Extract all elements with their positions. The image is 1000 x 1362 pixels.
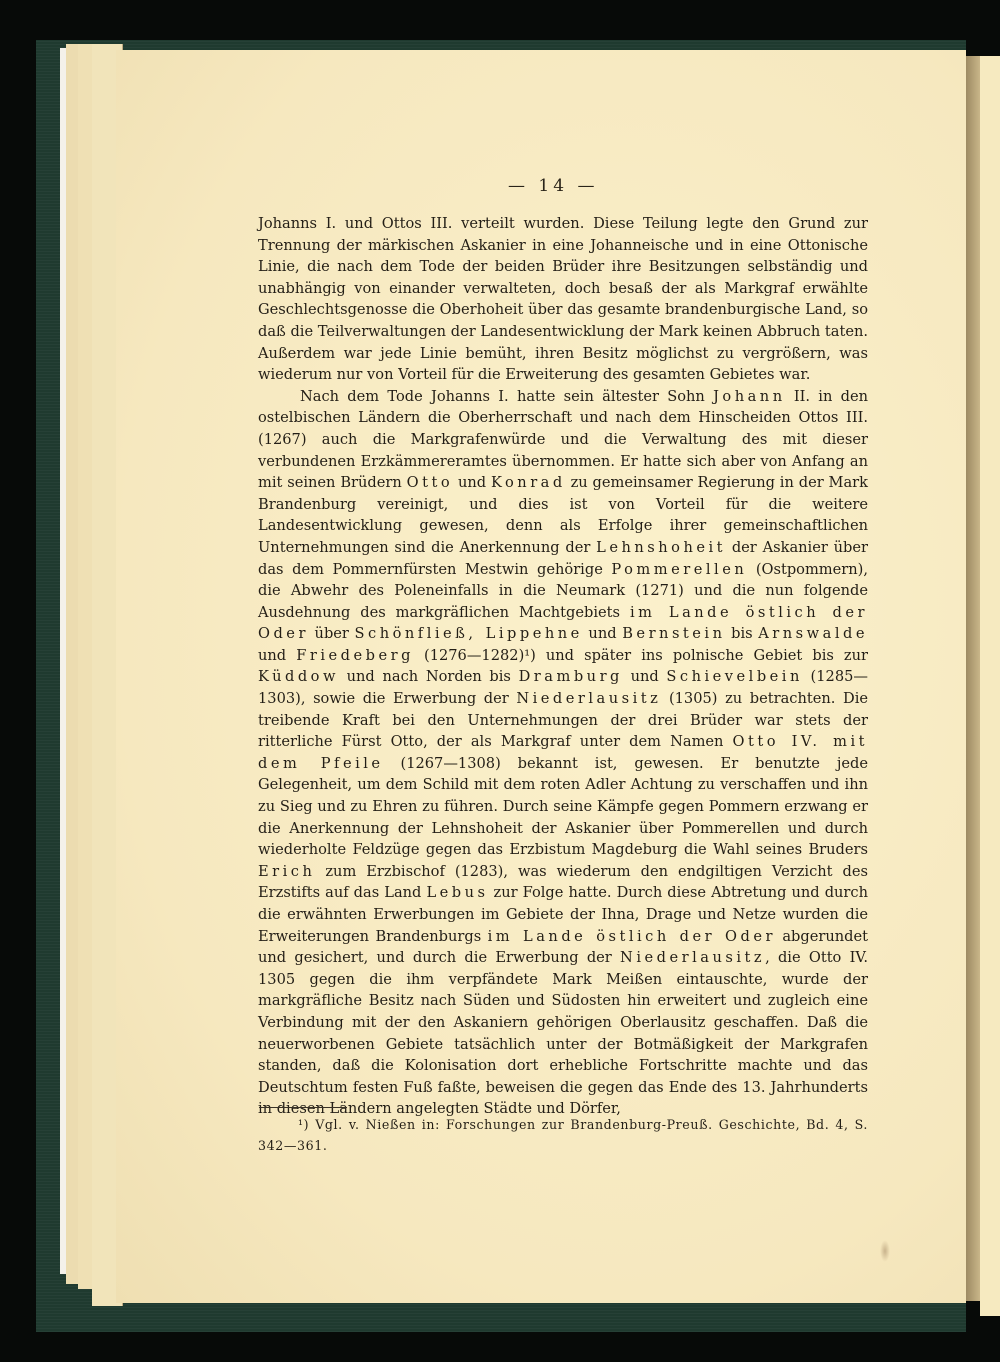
emphasized-text: Erich [258,863,315,880]
emphasized-text: Niederlausitz [620,949,765,966]
emphasized-text: Bernstein [622,625,725,642]
emphasized-text: Konrad [491,474,566,491]
text-segment: bis [726,625,759,642]
emphasized-text: Friedeberg [296,647,414,664]
text-segment: und nach Norden bis [339,668,519,685]
emphasized-text: Otto [407,474,453,491]
book-gutter [966,56,980,1301]
page-number: — 14 — [508,176,598,196]
facing-page-edge [980,56,1000,1316]
emphasized-text: Johann [713,388,786,405]
emphasized-text: Lehnshoheit [596,539,726,556]
footnote-marker: ¹) [258,1117,315,1132]
emphasized-text: Niederlausitz [516,690,661,707]
paragraph-2: Nach dem Tode Johanns I. hatte sein älte… [258,386,868,1120]
text-segment: und [583,625,622,642]
emphasized-text: Arnswalde [758,625,868,642]
emphasized-text: Küddow [258,668,339,685]
paragraph-1: Johanns I. und Ottos III. verteilt wurde… [258,213,868,386]
text-segment: Johanns I. und Ottos III. verteilt wurde… [258,215,868,383]
emphasized-text: Pommerellen [611,561,747,578]
paper-stain [880,1240,890,1262]
text-segment: Nach dem Tode Johanns I. hatte sein älte… [300,388,713,405]
text-segment: , die Otto IV. 1305 gegen die ihm verpfä… [258,949,868,1117]
emphasized-text: Schievelbein [666,668,802,685]
text-segment: und [453,474,491,491]
text-segment: (1276—1282)¹) und später ins polnische G… [414,647,868,664]
text-segment: und [258,647,296,664]
footnote: ¹) Vgl. v. Nießen in: Forschungen zur Br… [258,1114,868,1156]
text-segment: über [309,625,355,642]
body-text: Johanns I. und Ottos III. verteilt wurde… [258,213,868,1120]
footnote-divider [259,1107,347,1108]
text-segment: und [623,668,667,685]
emphasized-text: Lebus [426,884,488,901]
emphasized-text: im Lande östlich der Oder [488,928,776,945]
emphasized-text: Dramburg [519,668,623,685]
footnote-text: Vgl. v. Nießen in: Forschungen zur Brand… [258,1117,868,1153]
emphasized-text: Schönfließ, Lippehne [355,625,583,642]
